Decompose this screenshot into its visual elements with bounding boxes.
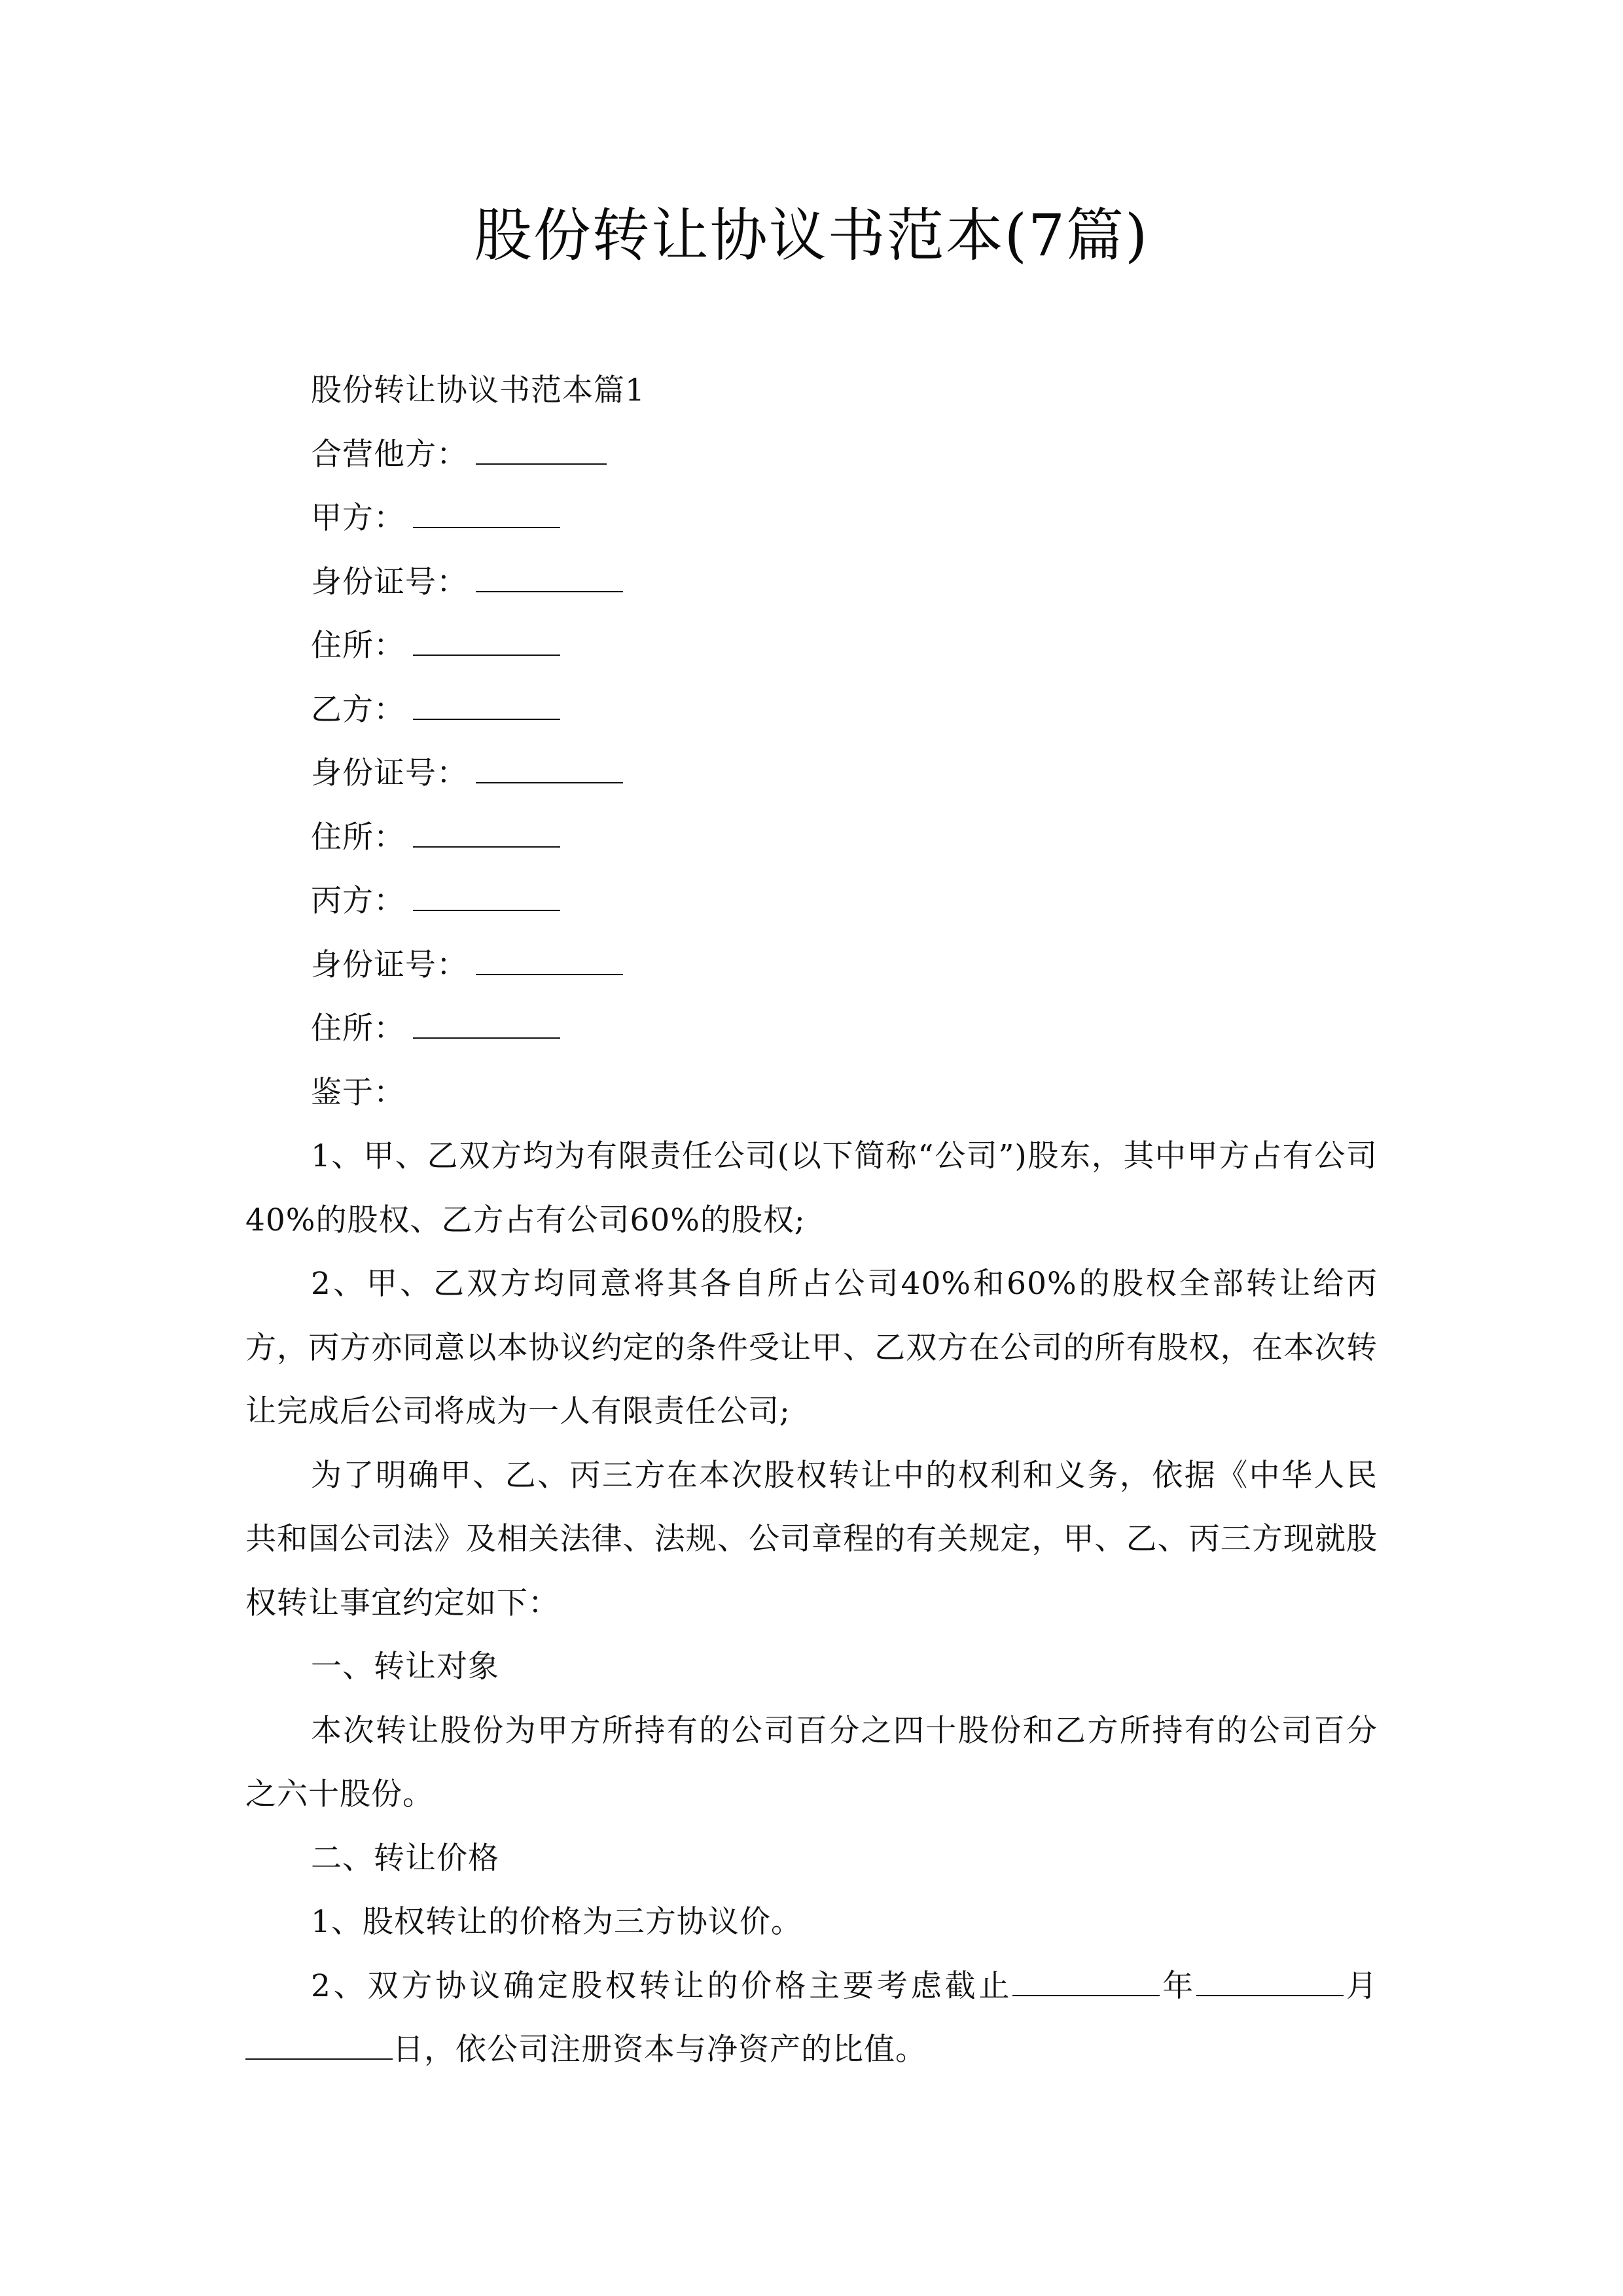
field-party-a: 甲方： (245, 486, 1378, 550)
document-body: 股份转让协议书范本篇1 合营他方： 甲方： 身份证号： 住所： 乙方： 身份证号… (245, 359, 1378, 2082)
fill-in-blank (413, 890, 560, 911)
day-clause-text: 日，依公司注册资本与净资产的比值。 (393, 2032, 927, 2068)
paragraph-whereas-1: 1、甲、乙双方均为有限责任公司(以下简称“公司”)股东，其中甲方占有公司40%的… (245, 1124, 1378, 1252)
field-label: 身份证号： (311, 947, 468, 983)
month-label: 月 (1344, 1968, 1378, 2004)
field-label: 住所： (311, 1011, 405, 1047)
field-label: 乙方： (311, 692, 405, 728)
paragraph-price-2: 2、双方协议确定股权转让的价格主要考虑截止年月日，依公司注册资本与净资产的比值。 (245, 1954, 1378, 2082)
fill-in-blank (413, 507, 560, 528)
field-party-c: 丙方： (245, 869, 1378, 933)
field-joint-venture-party: 合营他方： (245, 423, 1378, 487)
field-party-b-id: 身份证号： (245, 742, 1378, 806)
fill-in-blank-year (1012, 1975, 1160, 1996)
fill-in-blank (476, 444, 607, 465)
field-label: 合营他方： (311, 437, 468, 473)
paragraph-price-1: 1、股权转让的价格为三方协议价。 (245, 1890, 1378, 1954)
year-label: 年 (1160, 1968, 1196, 2004)
fill-in-blank (476, 762, 623, 783)
field-party-a-address: 住所： (245, 614, 1378, 678)
field-party-c-id: 身份证号： (245, 933, 1378, 997)
field-label: 身份证号： (311, 564, 468, 600)
field-label: 丙方： (311, 883, 405, 919)
field-party-b-address: 住所： (245, 806, 1378, 870)
field-label: 住所： (311, 628, 405, 664)
fill-in-blank (413, 827, 560, 848)
field-label: 身份证号： (311, 755, 468, 791)
field-party-c-address: 住所： (245, 997, 1378, 1061)
fill-in-blank-day (245, 2039, 393, 2060)
field-party-b: 乙方： (245, 678, 1378, 742)
whereas-label: 鉴于： (245, 1061, 1378, 1125)
price-clause-text: 2、双方协议确定股权转让的价格主要考虑截止 (311, 1968, 1012, 2004)
fill-in-blank (413, 635, 560, 656)
clause-heading-transfer-price: 二、转让价格 (245, 1827, 1378, 1891)
paragraph-transfer-object: 本次转让股份为甲方所持有的公司百分之四十股份和乙方所持有的公司百分之六十股份。 (245, 1699, 1378, 1827)
fill-in-blank-month (1196, 1975, 1344, 1996)
paragraph-whereas-2: 2、甲、乙双方均同意将其各自所占公司40%和60%的股权全部转让给丙方，丙方亦同… (245, 1252, 1378, 1444)
fill-in-blank (476, 571, 623, 592)
section-heading: 股份转让协议书范本篇1 (245, 359, 1378, 423)
field-label: 住所： (311, 819, 405, 855)
field-label: 甲方： (311, 500, 405, 536)
fill-in-blank (413, 699, 560, 720)
field-party-a-id: 身份证号： (245, 550, 1378, 615)
fill-in-blank (476, 954, 623, 975)
document-title: 股份转让协议书范本(7篇) (0, 196, 1623, 275)
clause-heading-transfer-object: 一、转让对象 (245, 1635, 1378, 1699)
document-page: 股份转让协议书范本(7篇) 股份转让协议书范本篇1 合营他方： 甲方： 身份证号… (0, 0, 1623, 2296)
fill-in-blank (413, 1018, 560, 1039)
paragraph-purpose: 为了明确甲、乙、丙三方在本次股权转让中的权利和义务，依据《中华人民共和国公司法》… (245, 1444, 1378, 1636)
